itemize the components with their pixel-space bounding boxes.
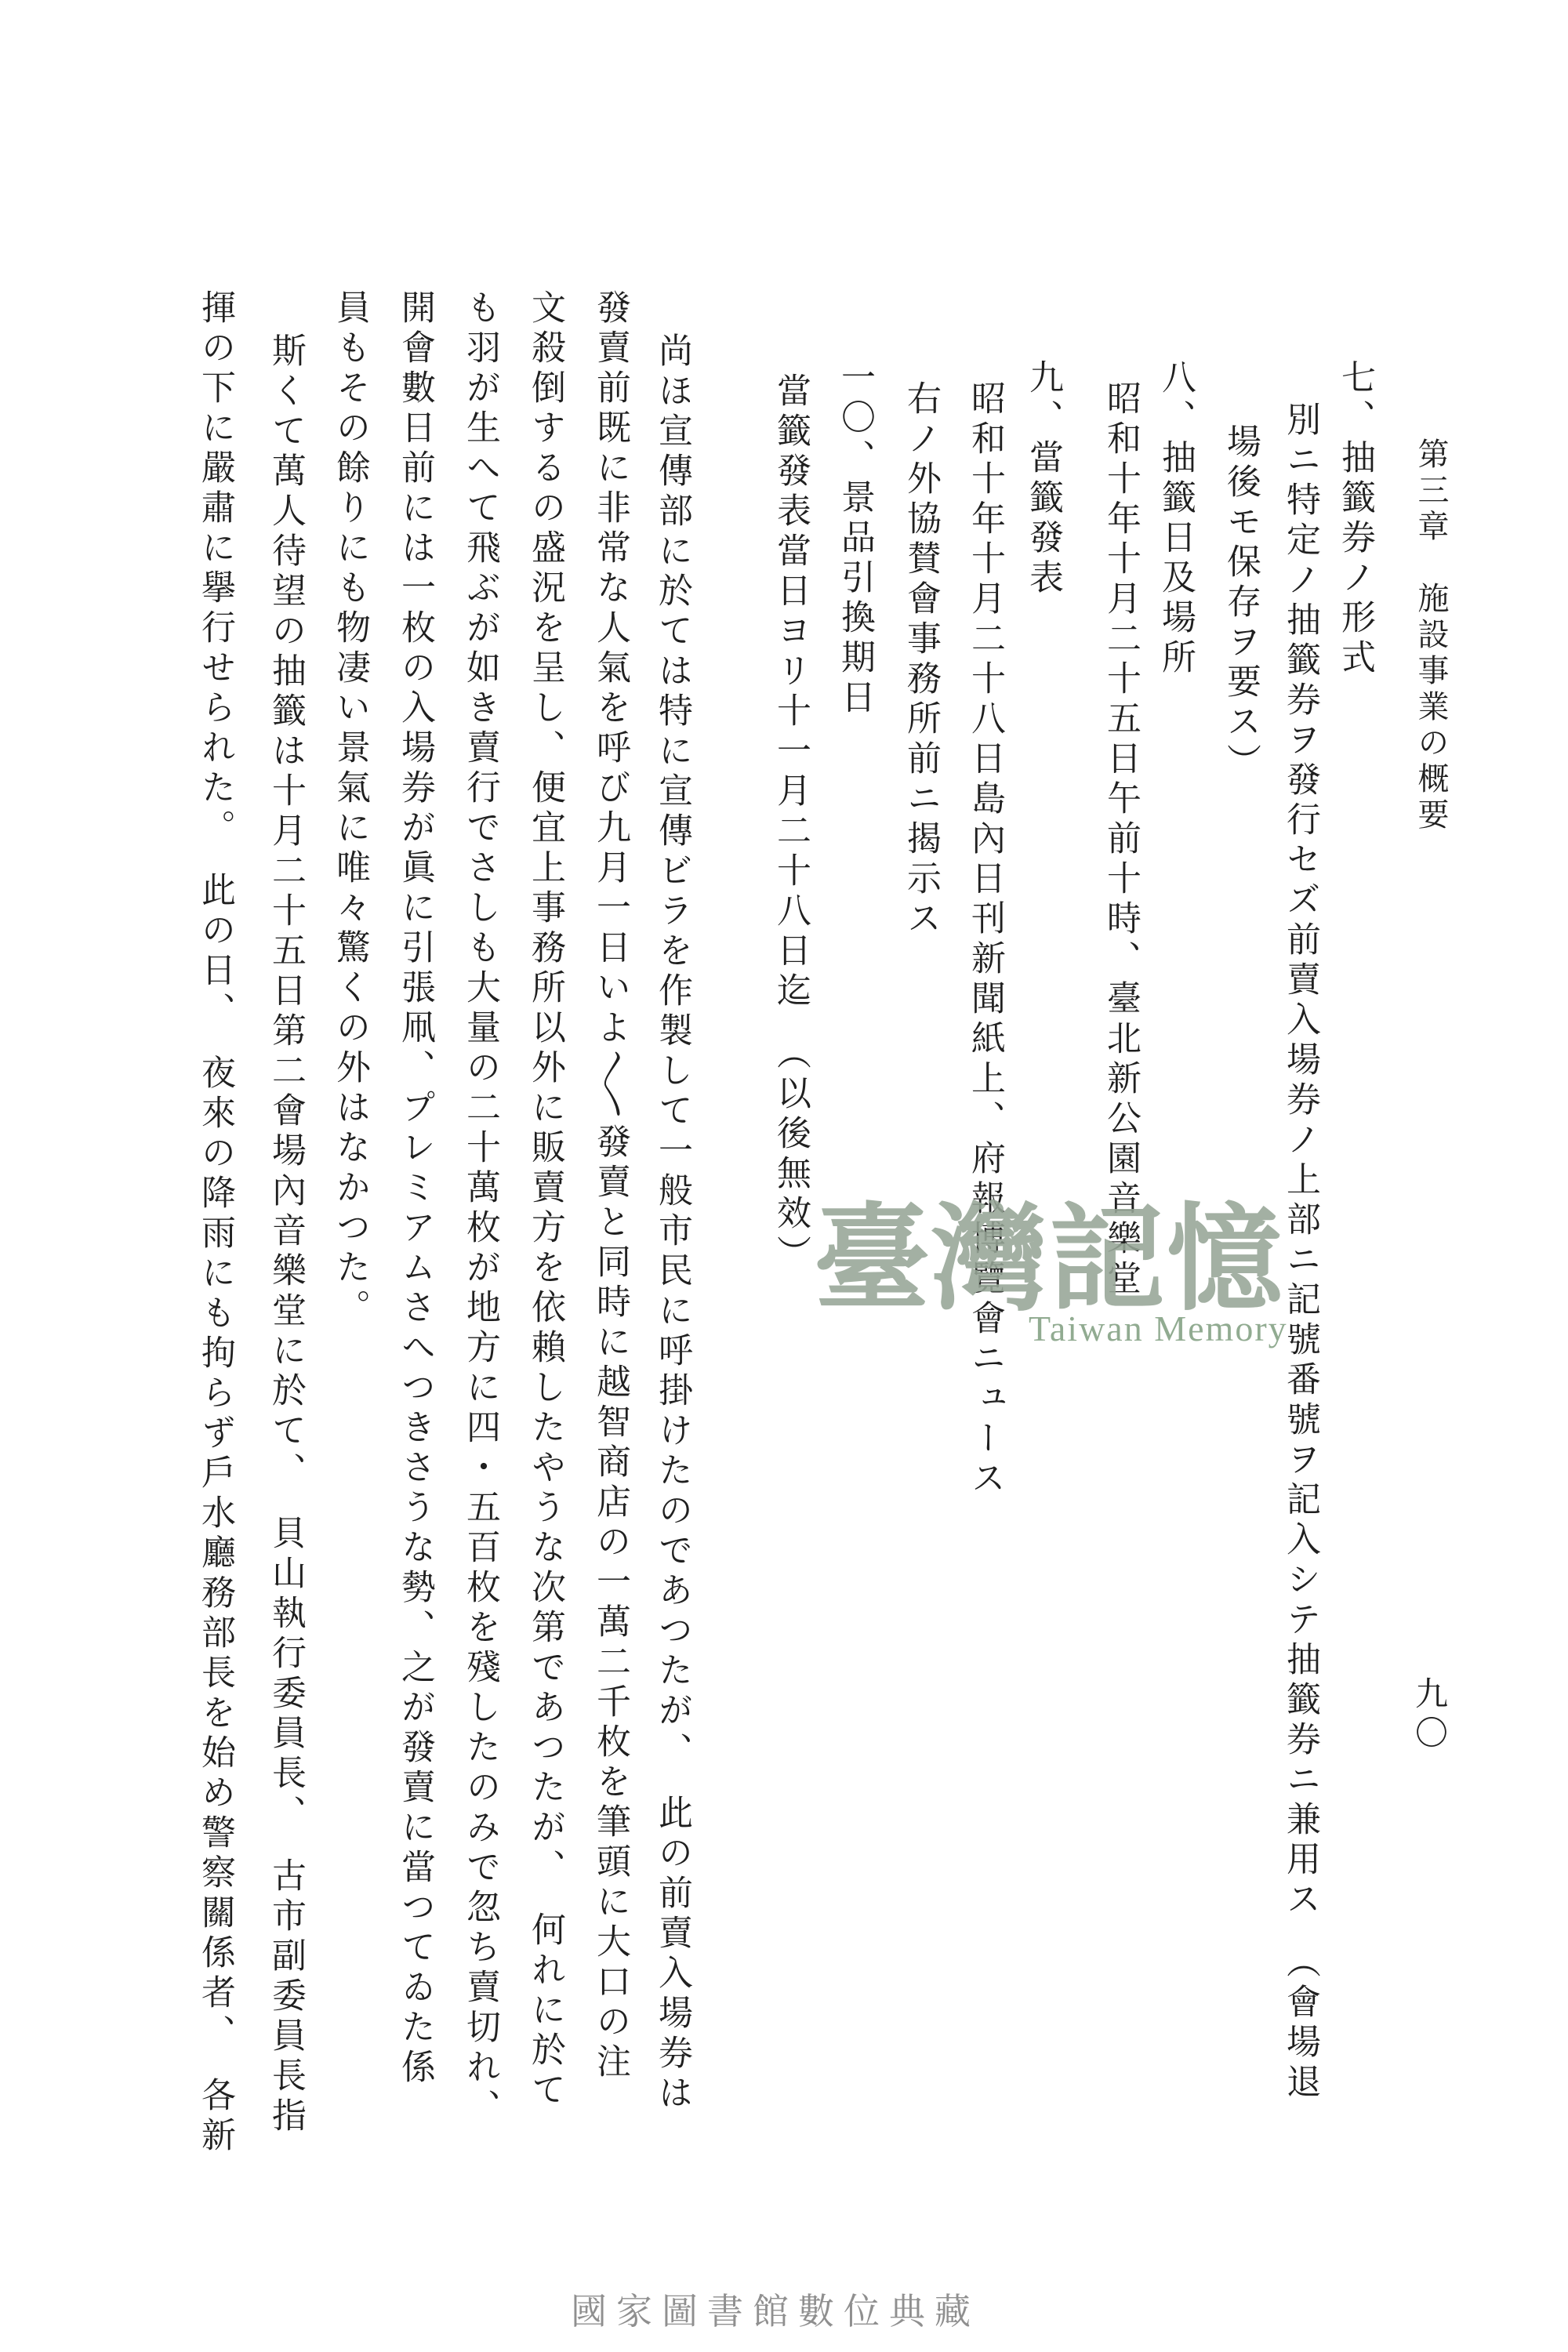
taiwan-memory-watermark-latin: Taiwan Memory <box>1029 1308 1288 1349</box>
text-column-1: 七、抽籤券ノ形式 <box>1334 359 1375 679</box>
scanned-book-page: 第三章 施設事業の概要 九〇 七、抽籤券ノ形式 別ニ特定ノ抽籤券ヲ發行セズ前賣入… <box>0 0 1568 2352</box>
text-column-13: 文殺倒するの盛況を呈し、便宜上事務所以外に販賣方を依賴したやうな次第であつたが、… <box>524 289 565 2111</box>
text-column-2: 別ニ特定ノ抽籤券ヲ發行セズ前賣入場券ノ上部ニ記號番號ヲ記入シテ抽籤券ニ兼用ス （… <box>1279 401 1320 2103</box>
text-column-10: 當籤發表當日ヨリ十一月二十八日迄 （以後無效） <box>770 372 811 1275</box>
text-column-11: 尚ほ宣傳部に於ては特に宣傳ビラを作製して一般市民に呼掛けたのであつたが、 此の前… <box>652 332 692 2114</box>
text-column-7: 昭和十年十月二十八日島內日刊新聞紙上、府報博覽會ニュース <box>964 380 1005 1500</box>
text-column-4: 八、抽籤日及場所 <box>1155 359 1196 679</box>
text-column-14: も羽が生へて飛ぶが如き賣行でさしも大量の二十萬枚が地方に四・五百枚を殘したのみで… <box>459 289 500 2129</box>
text-column-3: 場後モ保存ヲ要ス） <box>1220 423 1261 783</box>
text-column-15: 開會數日前には一枚の入場券が眞に引張凧、プレミアムさへつきさうな勢、之が發賣に當… <box>394 289 435 2089</box>
page-number: 九〇 <box>1408 1676 1449 1755</box>
text-column-8: 右ノ外協賛會事務所前ニ揭示ス <box>900 380 941 940</box>
chapter-header: 第三章 施設事業の概要 <box>1410 437 1451 834</box>
text-column-9: 一〇、景品引換期日 <box>834 359 875 719</box>
text-column-16: 員もその餘りにも物凄い景氣に唯々驚くの外はなかつた。 <box>329 289 370 1329</box>
text-column-12: 發賣前既に非常な人氣を呼び九月一日いよ〱發賣と同時に越智商店の一萬二千枚を筆頭に… <box>590 289 630 2083</box>
text-column-6: 九、當籤發表 <box>1022 359 1063 599</box>
library-footer-caption: 國家圖書館數位典藏 <box>571 2283 980 2335</box>
text-column-18: 揮の下に嚴肅に擧行せられた。 此の日、 夜來の降雨にも拘らず戶水廳務部長を始め警… <box>194 289 235 2157</box>
text-column-17: 斯くて萬人待望の抽籤は十月二十五日第二會場內音樂堂に於て、 貝山執行委員長、 古… <box>265 332 306 2137</box>
text-column-5: 昭和十年十月二十五日午前十時、臺北新公園音樂堂 <box>1100 380 1141 1300</box>
